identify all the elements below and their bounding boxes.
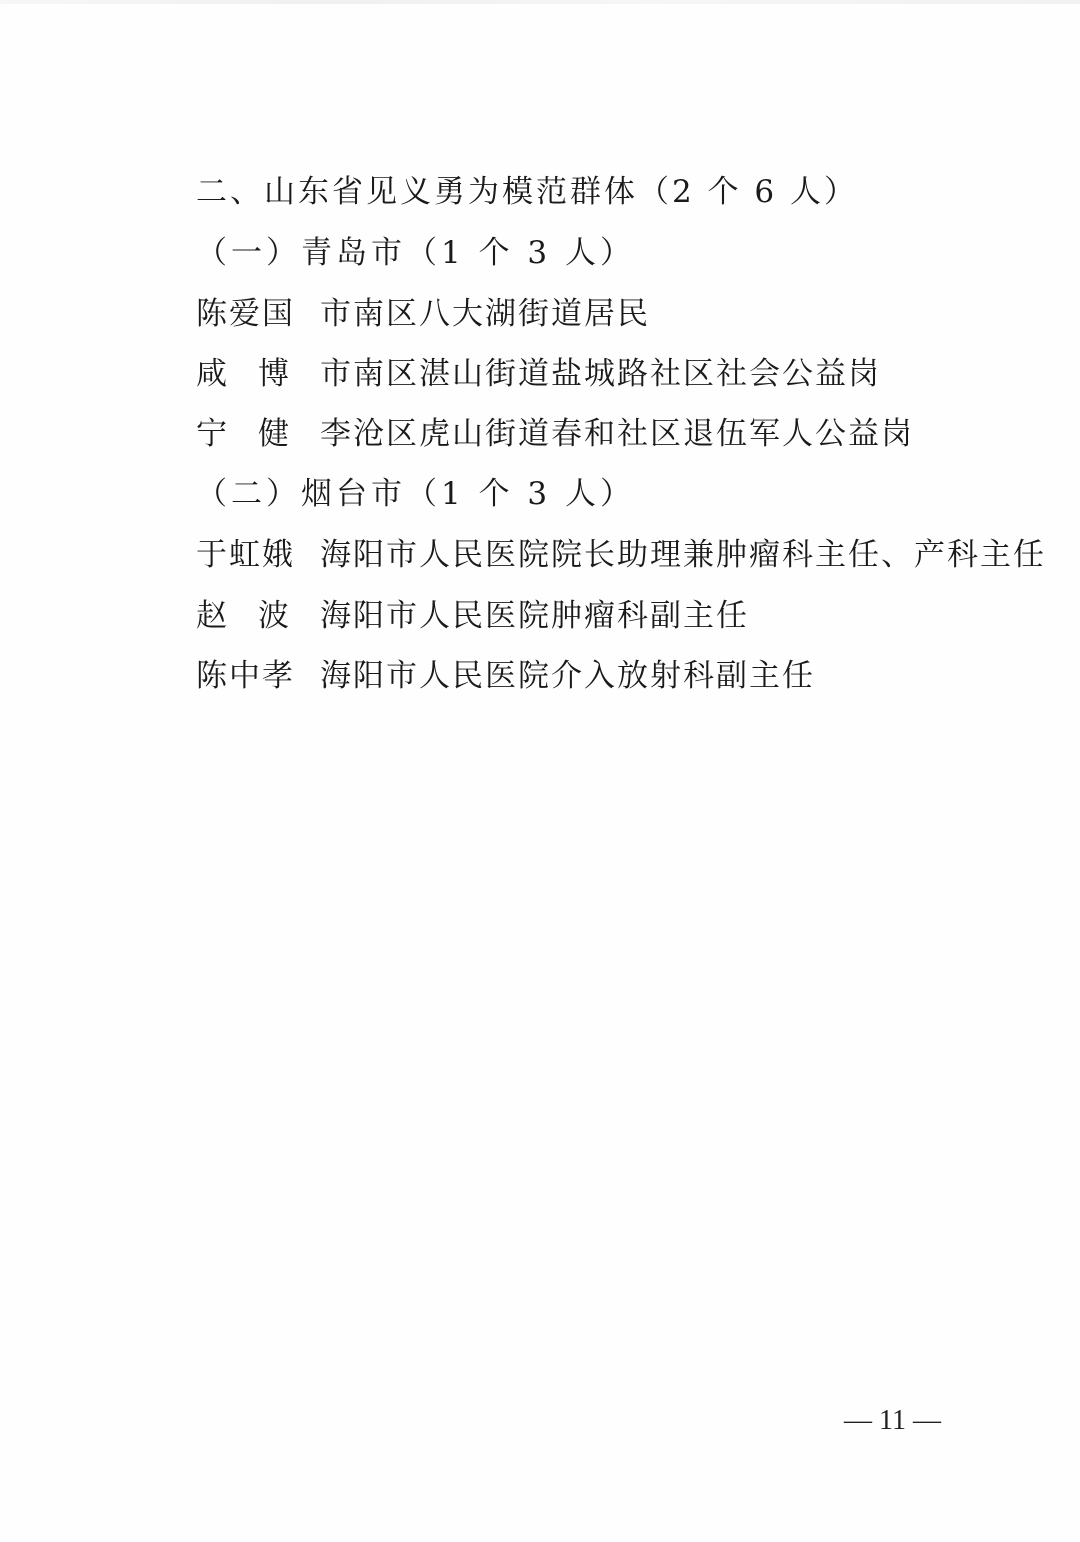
document-page: 二、山东省见义勇为模范群体（2 个 6 人） （一）青岛市（1 个 3 人） 陈… <box>0 0 1080 1542</box>
list-item: 咸 博 市南区湛山街道盐城路社区社会公益岗 <box>196 354 881 394</box>
person-name: 陈中孝 <box>196 656 320 696</box>
group-heading-qingdao: （一）青岛市（1 个 3 人） <box>196 233 635 273</box>
list-item: 赵 波 海阳市人民医院肿瘤科副主任 <box>196 596 749 636</box>
person-description: 海阳市人民医院肿瘤科副主任 <box>320 596 749 636</box>
scan-edge-artifact <box>0 0 1080 4</box>
list-item: 于虹娥 海阳市人民医院院长助理兼肿瘤科主任、产科主任 <box>196 535 1046 575</box>
person-name: 咸 博 <box>196 354 320 394</box>
person-name: 宁 健 <box>196 414 320 454</box>
page-number: — 11 — <box>844 1404 941 1438</box>
person-description: 海阳市人民医院介入放射科副主任 <box>320 656 815 696</box>
person-description: 市南区湛山街道盐城路社区社会公益岗 <box>320 354 881 394</box>
person-name: 于虹娥 <box>196 535 320 575</box>
section-heading: 二、山东省见义勇为模范群体（2 个 6 人） <box>196 172 858 212</box>
person-name: 赵 波 <box>196 596 320 636</box>
list-item: 陈爱国 市南区八大湖街道居民 <box>196 294 650 334</box>
group-heading-yantai: （二）烟台市（1 个 3 人） <box>196 474 635 514</box>
list-item: 宁 健 李沧区虎山街道春和社区退伍军人公益岗 <box>196 414 914 454</box>
person-description: 市南区八大湖街道居民 <box>320 294 650 334</box>
person-description: 海阳市人民医院院长助理兼肿瘤科主任、产科主任 <box>320 535 1046 575</box>
person-name: 陈爱国 <box>196 294 320 334</box>
person-description: 李沧区虎山街道春和社区退伍军人公益岗 <box>320 414 914 454</box>
list-item: 陈中孝 海阳市人民医院介入放射科副主任 <box>196 656 815 696</box>
